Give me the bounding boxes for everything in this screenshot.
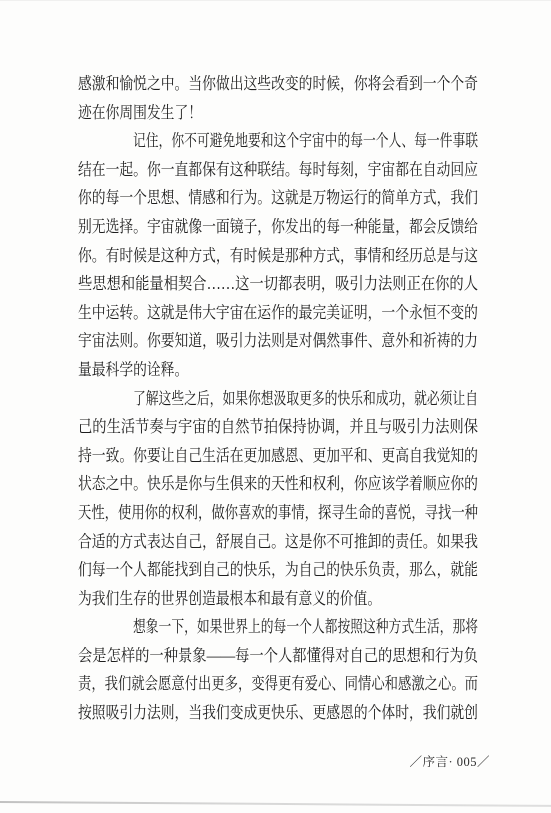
- text-line: 了解这些之后，如果你想汲取更多的快乐和成功，就必须让自: [78, 385, 478, 414]
- text-line: 们每一个人都能找到自己的快乐，为自己的快乐负责，那么，就能: [78, 556, 478, 585]
- text-line: 合适的方式表达自己，舒展自己。这是你不可推卸的责任。如果我: [78, 528, 478, 557]
- text-line: 责，我们就会愿意付出更多，变得更有爱心、同情心和感激之心。而: [78, 670, 478, 699]
- text-line: 记住，你不可避免地要和这个宇宙中的每一个人、每一件事联: [78, 127, 478, 156]
- text-line: 别无选择。宇宙就像一面镜子，你发出的每一种能量，都会反馈给: [78, 213, 478, 242]
- text-line: 想象一下，如果世界上的每一个人都按照这种方式生活，那将: [78, 613, 478, 642]
- page-footer: ／序言· 005／: [409, 753, 490, 771]
- text-line: 迹在你周围发生了！: [78, 99, 478, 128]
- book-page: 感激和愉悦之中。当你做出这些改变的时候，你将会看到一个个奇迹在你周围发生了！记住…: [0, 0, 551, 813]
- text-line: 按照吸引力法则，当我们变成更快乐、更感恩的个体时，我们就创: [78, 699, 478, 728]
- footer-label: ／序言· 005／: [409, 755, 490, 769]
- text-line: 宇宙法则。你要知道，吸引力法则是对偶然事件、意外和祈祷的力: [78, 327, 478, 356]
- scan-top-edge-artifact: [0, 0, 551, 1]
- text-line: 天性，使用你的权利，做你喜欢的事情，探寻生命的喜悦，寻找一种: [78, 499, 478, 528]
- scan-bottom-edge-artifact: [0, 801, 551, 807]
- text-line: 己的生活节奏与宇宙的自然节拍保持协调，并且与吸引力法则保: [78, 413, 478, 442]
- text-line: 为我们生存的世界创造最根本和最有意义的价值。: [78, 585, 478, 614]
- text-line: 结在一起。你一直都保有这种联结。每时每刻，宇宙都在自动回应: [78, 156, 478, 185]
- text-line: 状态之中。快乐是你与生俱来的天性和权利，你应该学着顺应你的: [78, 470, 478, 499]
- text-line: 你的每一个思想、情感和行为。这就是万物运行的简单方式，我们: [78, 184, 478, 213]
- text-line: 生中运转。这就是伟大宇宙在运作的最完美证明，一个永恒不变的: [78, 299, 478, 328]
- text-line: 持一致。你要让自己生活在更加感恩、更加平和、更高自我觉知的: [78, 442, 478, 471]
- text-line: 你。有时候是这种方式，有时候是那种方式，事情和经历总是与这: [78, 242, 478, 271]
- text-line: 会是怎样的一种景象——每一个人都懂得对自己的思想和行为负: [78, 642, 478, 671]
- text-line: 量最科学的诠释。: [78, 356, 478, 385]
- text-line: 些思想和能量相契合……这一切都表明，吸引力法则正在你的人: [78, 270, 478, 299]
- text-line: 感激和愉悦之中。当你做出这些改变的时候，你将会看到一个个奇: [78, 70, 478, 99]
- text-block: 感激和愉悦之中。当你做出这些改变的时候，你将会看到一个个奇迹在你周围发生了！记住…: [78, 70, 478, 728]
